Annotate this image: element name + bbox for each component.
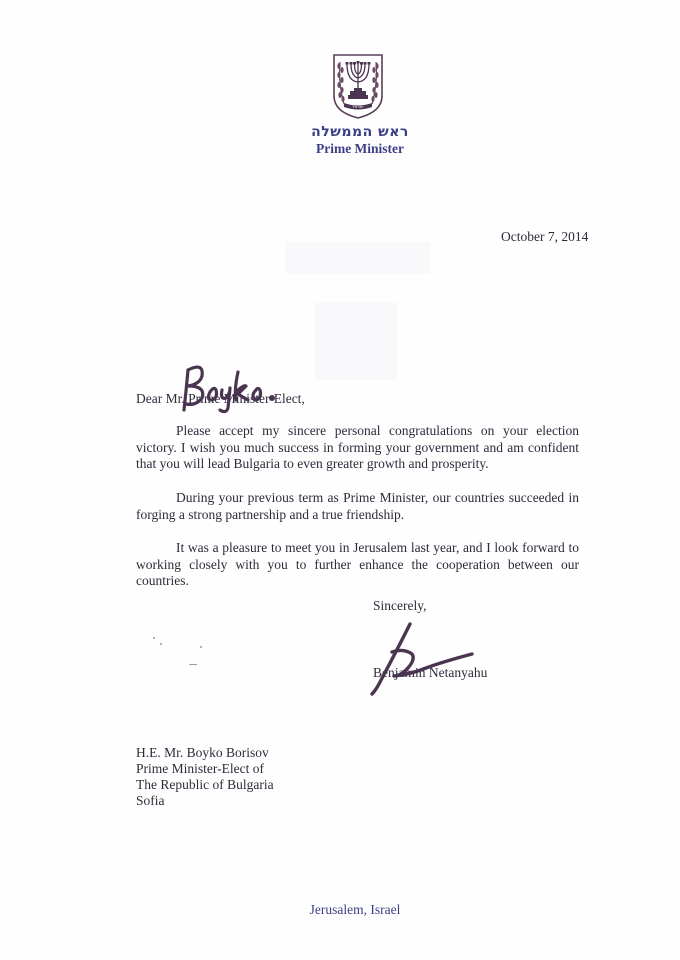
scan-speck: [160, 643, 162, 645]
recipient-line: Prime Minister-Elect of: [136, 761, 274, 777]
letter-paragraph: During your previous term as Prime Minis…: [136, 490, 579, 523]
paragraph-text: It was a pleasure to meet you in Jerusal…: [136, 540, 579, 588]
handwritten-greeting-icon: [176, 362, 286, 414]
svg-text:ישראל: ישראל: [353, 104, 364, 109]
letter-paragraph: Please accept my sincere personal congra…: [136, 423, 579, 473]
recipient-line: Sofia: [136, 793, 274, 809]
scan-speck: [153, 637, 155, 639]
letterhead-office-hebrew: ראש הממשלה: [300, 124, 420, 140]
closing: Sincerely,: [373, 598, 426, 614]
menorah-emblem-icon: ישראל: [330, 52, 386, 120]
paragraph-text: Please accept my sincere personal congra…: [136, 423, 579, 471]
scan-smudge: [315, 302, 397, 380]
letter-date: October 7, 2014: [501, 229, 588, 245]
recipient-address: H.E. Mr. Boyko Borisov Prime Minister-El…: [136, 745, 274, 809]
letter-paragraph: It was a pleasure to meet you in Jerusal…: [136, 540, 579, 590]
recipient-line: H.E. Mr. Boyko Borisov: [136, 745, 274, 761]
scan-speck: [200, 646, 202, 648]
letter-page: ישראל ראש הממשלה Prime Minister October …: [0, 0, 680, 960]
scan-smudge: [285, 242, 430, 274]
scan-speck: [189, 664, 197, 665]
handwritten-signature-icon: [360, 618, 490, 698]
recipient-line: The Republic of Bulgaria: [136, 777, 274, 793]
footer-location: Jerusalem, Israel: [280, 902, 430, 918]
paragraph-text: During your previous term as Prime Minis…: [136, 490, 579, 522]
letterhead-office-title: Prime Minister: [300, 141, 420, 157]
